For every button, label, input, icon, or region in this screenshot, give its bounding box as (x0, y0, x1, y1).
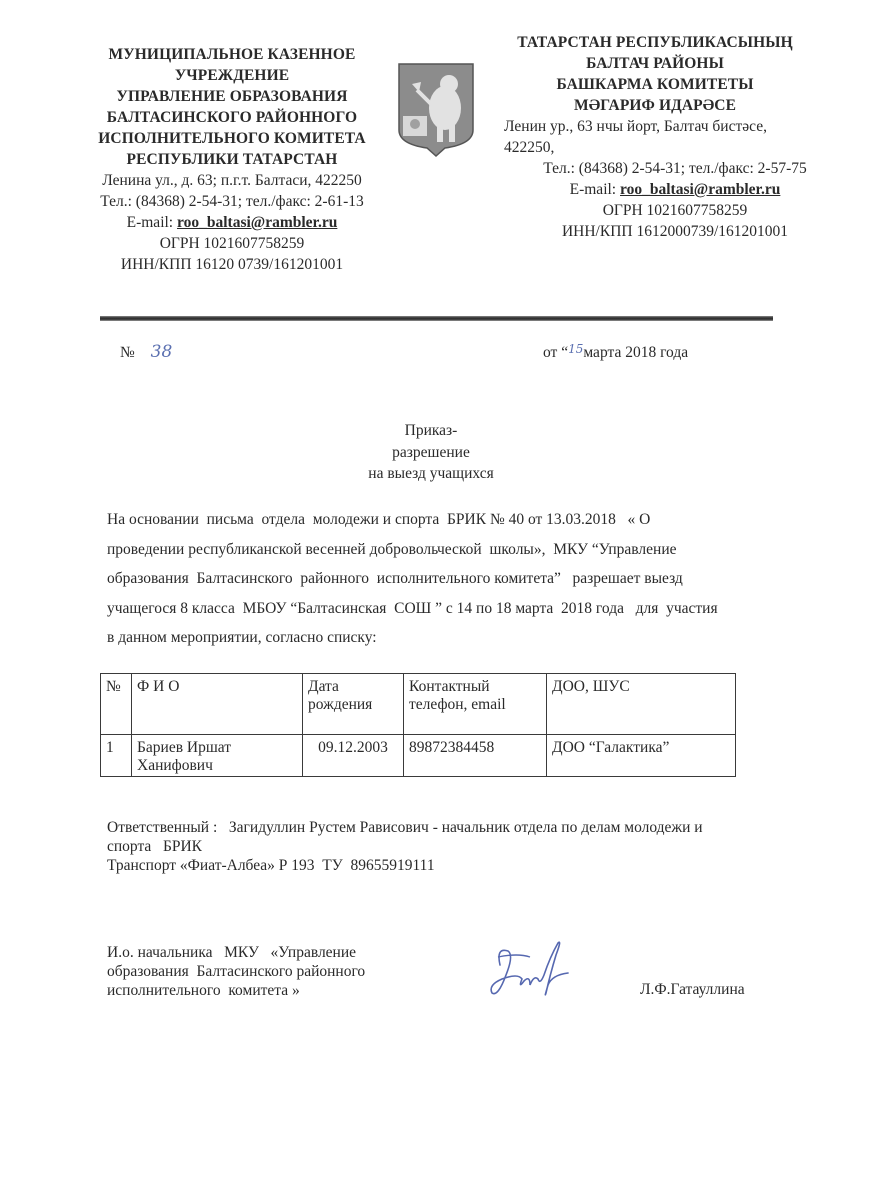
org-name-line: БАЛТАЧ РАЙОНЫ (490, 53, 820, 74)
ogrn: ОГРН 1021607758259 (62, 233, 402, 254)
email-link[interactable]: roo_baltasi@rambler.ru (620, 181, 780, 198)
header-cell-organization: ДОО, ШУС (547, 674, 736, 735)
responsible-line: спорта БРИК (107, 837, 807, 856)
inn-kpp: ИНН/КПП 1612000739/161201001 (490, 221, 820, 242)
body-paragraph: На основании письма отдела молодежи и сп… (107, 505, 807, 653)
org-name-line: РЕСПУБЛИКИ ТАТАРСТАН (62, 149, 402, 170)
email-link[interactable]: roo_baltasi@rambler.ru (177, 214, 337, 231)
date-suffix: марта 2018 года (583, 344, 688, 361)
org-name-line: ИСПОЛНИТЕЛЬНОГО КОМИТЕТА (62, 128, 402, 149)
email-label: E-mail: (127, 214, 177, 231)
handwritten-number: 38 (151, 342, 173, 362)
phone: Тел.: (84368) 2-54-31; тел./факс: 2-57-7… (490, 158, 820, 179)
signatory-line: И.о. начальника МКУ «Управление (107, 943, 407, 962)
document-title: Приказ- разрешение на выезд учащихся (300, 420, 562, 485)
body-line: в данном мероприятии, согласно списку: (107, 623, 807, 653)
table-row: 1 Бариев Иршат Ханифович 09.12.2003 8987… (101, 735, 736, 777)
signer-name: Л.Ф.Гатауллина (640, 981, 745, 999)
email-line: E-mail: roo_baltasi@rambler.ru (62, 212, 402, 233)
header-cell-contact: Контактный телефон, email (404, 674, 547, 735)
date-prefix: от “ (543, 344, 568, 361)
header-cell-birthdate: Дата рождения (303, 674, 404, 735)
header-right: ТАТАРСТАН РЕСПУБЛИКАСЫНЫҢ БАЛТАЧ РАЙОНЫ … (490, 32, 820, 242)
title-line: на выезд учащихся (300, 463, 562, 485)
header-cell-number: № (101, 674, 132, 735)
ogrn: ОГРН 1021607758259 (490, 200, 820, 221)
header-cell-name: Ф И О (132, 674, 303, 735)
coat-of-arms-icon (395, 60, 477, 158)
body-line: На основании письма отдела молодежи и сп… (107, 505, 807, 535)
inn-kpp: ИНН/КПП 16120 0739/161201001 (62, 254, 402, 275)
org-name-line: МӘГАРИФ ИДАРӘСЕ (490, 95, 820, 116)
cell-name: Бариев Иршат Ханифович (132, 735, 303, 777)
org-name-line: УПРАВЛЕНИЕ ОБРАЗОВАНИЯ (62, 86, 402, 107)
org-name-line: БАЛТАСИНСКОГО РАЙОННОГО (62, 107, 402, 128)
responsible-block: Ответственный : Загидуллин Рустем Рависо… (107, 818, 807, 875)
org-name-line: БАШКАРМА КОМИТЕТЫ (490, 74, 820, 95)
body-line: учащегося 8 класса МБОУ “Балтасинская СО… (107, 594, 807, 624)
signatory-title: И.о. начальника МКУ «Управление образова… (107, 943, 407, 1000)
body-line: образования Балтасинского районного испо… (107, 564, 807, 594)
org-name-line: МУНИЦИПАЛЬНОЕ КАЗЕННОЕ (62, 44, 402, 65)
title-line: разрешение (300, 442, 562, 464)
signatory-line: образования Балтасинского районного (107, 962, 407, 981)
email-line: E-mail: roo_baltasi@rambler.ru (490, 179, 820, 200)
header-divider (100, 316, 773, 321)
phone: Тел.: (84368) 2-54-31; тел./факс: 2-61-1… (62, 191, 402, 212)
cell-birthdate: 09.12.2003 (303, 735, 404, 777)
org-name-line: УЧРЕЖДЕНИЕ (62, 65, 402, 86)
table-header-row: № Ф И О Дата рождения Контактный телефон… (101, 674, 736, 735)
cell-organization: ДОО “Галактика” (547, 735, 736, 777)
address-line-1: Ленин ур., 63 нчы йорт, Балтач бистәсе, (490, 116, 820, 137)
cell-number: 1 (101, 735, 132, 777)
cell-contact: 89872384458 (404, 735, 547, 777)
email-label: E-mail: (570, 181, 620, 198)
signatory-line: исполнительного комитета » (107, 981, 407, 1000)
header-left: МУНИЦИПАЛЬНОЕ КАЗЕННОЕ УЧРЕЖДЕНИЕ УПРАВЛ… (62, 44, 402, 275)
address-line-2: 422250, (490, 137, 820, 158)
order-number: № 38 (120, 342, 172, 362)
handwritten-signature-icon (478, 935, 578, 1010)
order-date: от “15марта 2018 года (543, 342, 688, 362)
responsible-line: Ответственный : Загидуллин Рустем Рависо… (107, 818, 807, 837)
number-label: № (120, 344, 135, 361)
address: Ленина ул., д. 63; п.г.т. Балтаси, 42225… (62, 170, 402, 191)
title-line: Приказ- (300, 420, 562, 442)
transport-line: Транспорт «Фиат-Албеа» Р 193 ТУ 89655919… (107, 856, 807, 875)
body-line: проведении республиканской весенней добр… (107, 535, 807, 565)
org-name-line: ТАТАРСТАН РЕСПУБЛИКАСЫНЫҢ (490, 32, 820, 53)
handwritten-day: 15 (568, 342, 583, 356)
students-table: № Ф И О Дата рождения Контактный телефон… (100, 673, 736, 777)
